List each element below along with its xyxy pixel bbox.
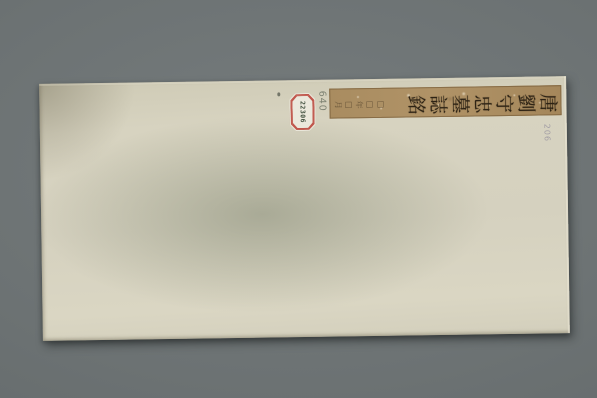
title-slip: 唐劉守忠墓誌銘 □□年□月 xyxy=(329,85,561,118)
seal-inner-frame: 22306 xyxy=(291,94,315,129)
document-cover: 唐劉守忠墓誌銘 □□年□月 22306 640 206 xyxy=(39,76,570,341)
ink-speck xyxy=(277,92,280,96)
title-text: 唐劉守忠墓誌銘 xyxy=(404,90,558,114)
pencil-annotation: 640 xyxy=(316,91,327,112)
stamp-number: 206 xyxy=(542,124,551,142)
title-slip-text: 唐劉守忠墓誌銘 □□年□月 xyxy=(330,86,562,119)
seal-number: 22306 xyxy=(298,101,306,123)
collection-seal-label: 22306 xyxy=(289,93,316,131)
title-annotation: □□年□月 xyxy=(332,100,385,110)
photo-background: 唐劉守忠墓誌銘 □□年□月 22306 640 206 xyxy=(0,0,597,398)
